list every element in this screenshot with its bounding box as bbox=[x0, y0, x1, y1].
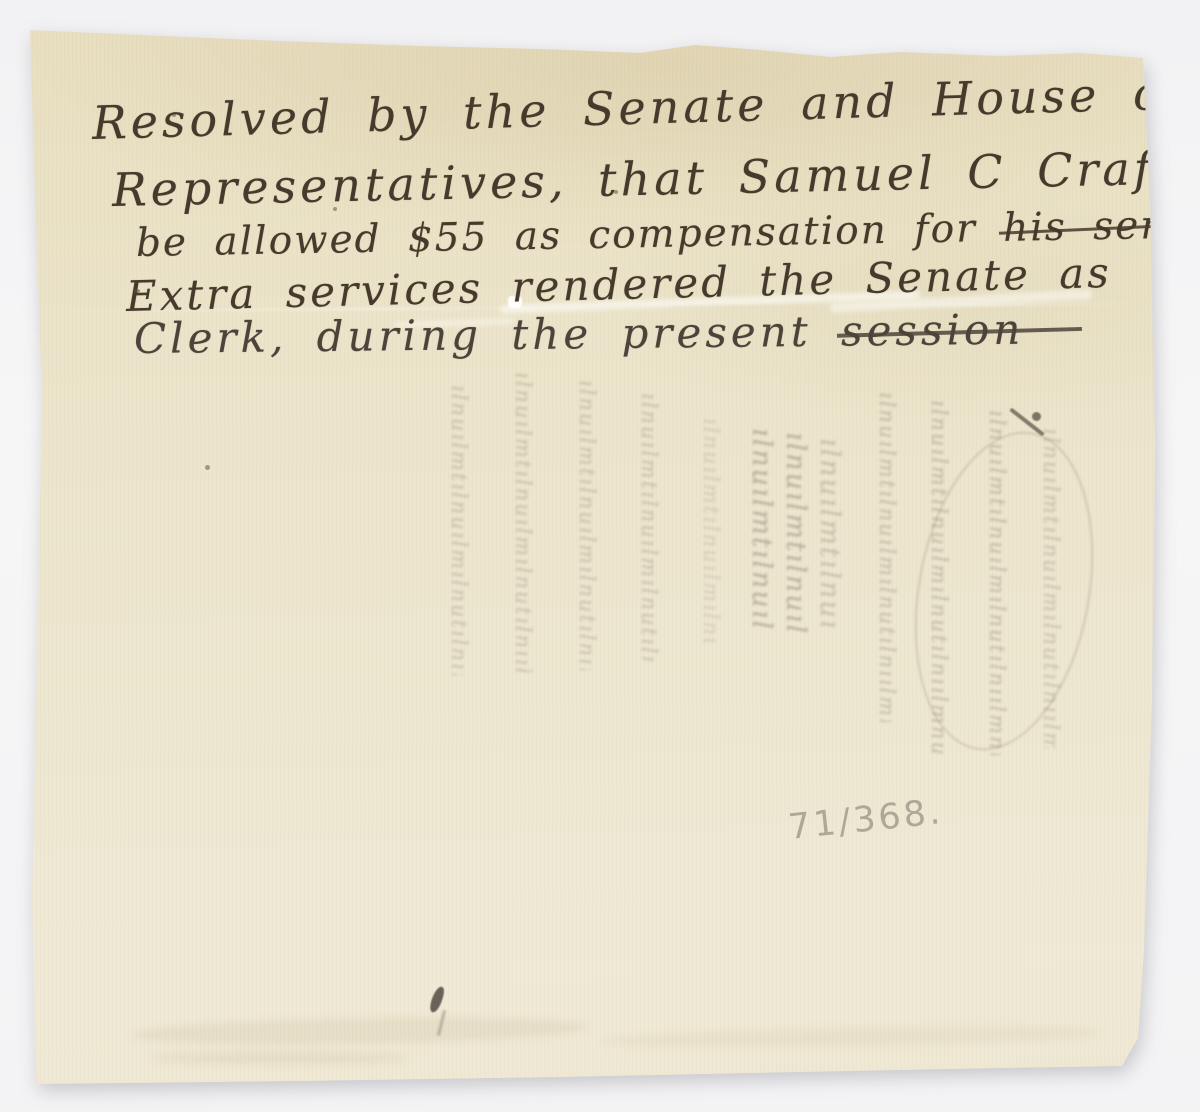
bleedthrough-smudge bbox=[130, 1014, 590, 1048]
embossed-seal-outline bbox=[891, 418, 1116, 765]
ink-speck bbox=[172, 113, 176, 117]
struck-out-text: session bbox=[841, 305, 1025, 356]
bleedthrough-ink-column: ılnuılmtılnuılmılnutılnıılmnuıtlıunltımn… bbox=[512, 372, 533, 672]
ink-speck bbox=[134, 289, 140, 293]
ink-dot bbox=[1032, 412, 1041, 421]
bleedthrough-ink-column: ılnuılmtılnuılmılnutılnıılmnuıtlıunltımn… bbox=[638, 393, 659, 661]
bleedthrough-ink-scribble: ılnuılmtılnuılmılnutılnıılmnuıtlıunltımn… bbox=[782, 432, 809, 632]
bleedthrough-ink-column: ılnuılmtılnuılmılnutılnıılmnuıtlıunltımn… bbox=[700, 418, 721, 643]
document-paper: ılnuılmtılnuılmılnutılnıılmnuıtlıunltımn… bbox=[0, 0, 1200, 1112]
bleedthrough-smudge bbox=[600, 1024, 1100, 1051]
paper-shadow-wrapper: ılnuılmtılnuılmılnutılnıılmnuıtlıunltımn… bbox=[0, 0, 1200, 1112]
bleedthrough-ink-scribble: ılnuılmtılnuılmılnutılnıılmnuıtlıunltımn… bbox=[748, 428, 775, 633]
bleedthrough-ink-scribble: ılnuılmtılnuılmılnutılnıılmnuıtlıunltımn… bbox=[816, 438, 843, 628]
bleedthrough-ink-column: ılnuılmtılnuılmılnutılnıılmnuıtlıunltımn… bbox=[448, 385, 469, 675]
bleedthrough-ink-column: ılnuılmtılnuılmılnutılnıılmnuıtlıunltımn… bbox=[876, 392, 897, 722]
line-text: Resolved by the Senate and House of bbox=[91, 65, 1186, 150]
ink-speck bbox=[333, 207, 337, 211]
handwritten-line-1: Resolved by the Senate and House of bbox=[91, 65, 1186, 150]
bleedthrough-ink-column: ılnuılmtılnuılmılnutılnıılmnuıtlıunltımn… bbox=[576, 380, 597, 670]
line-text: Clerk, during the present bbox=[134, 307, 842, 363]
handwritten-line-5: Clerk, during the present session bbox=[134, 305, 1025, 363]
struck-out-text: his servi bbox=[1003, 202, 1200, 250]
bleedthrough-smudge bbox=[150, 1052, 410, 1064]
archival-number-pencil: 71/368. bbox=[786, 792, 945, 848]
ink-speck bbox=[614, 190, 618, 194]
ink-speck bbox=[205, 465, 210, 470]
scan-background: ılnuılmtılnuılmılnutılnıılmnuıtlıunltımn… bbox=[0, 0, 1200, 1112]
